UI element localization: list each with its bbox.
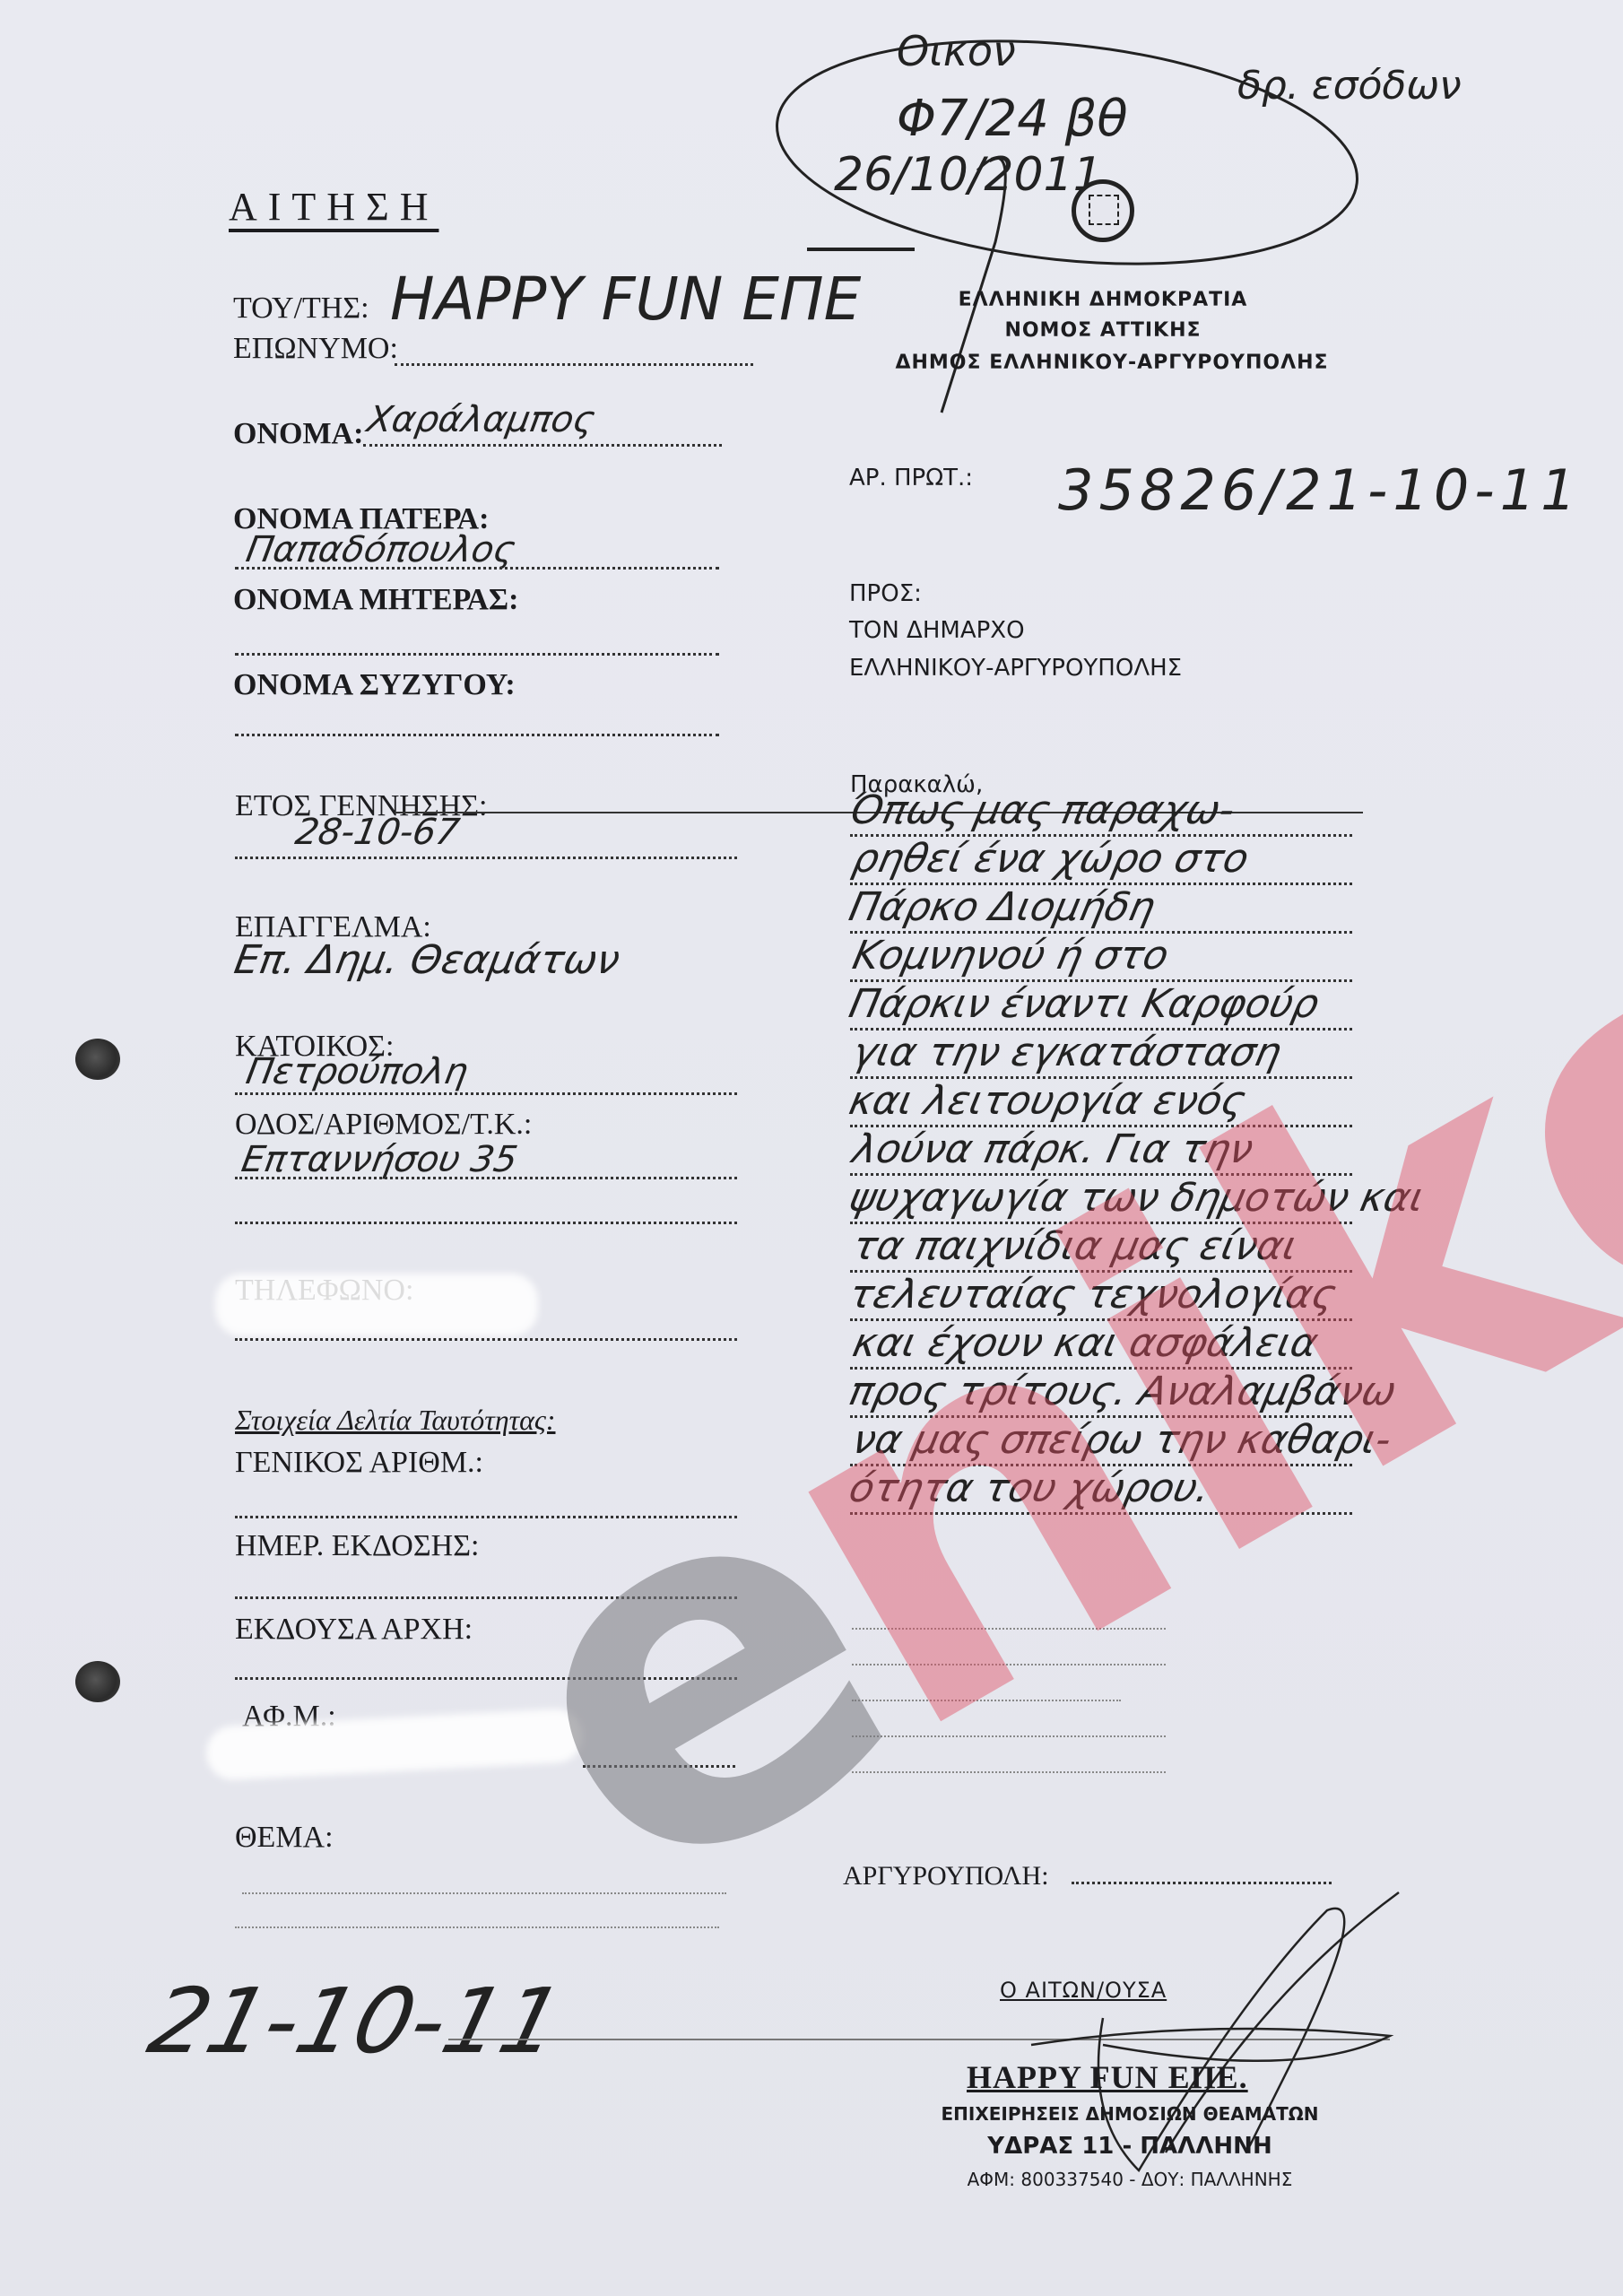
request-line: τελευταίας τεχνολογίας: [846, 1272, 1341, 1318]
field-of-label: ΤΟΥ/ΤΗΣ:: [233, 291, 369, 326]
request-line: ότητα του χώρου.: [846, 1465, 1215, 1511]
phone-redaction: [215, 1274, 538, 1336]
punch-hole-icon: [75, 1039, 120, 1080]
surname-value: HAPPY FUN ΕΠΕ: [390, 265, 861, 334]
request-line: Κομνηνού ή στο: [849, 933, 1173, 978]
request-dotted-line: [852, 1771, 1166, 1773]
handwritten-date: 21-10-11: [139, 1969, 572, 2074]
request-line: Πάρκο Διομήδη: [846, 884, 1159, 930]
request-line: ψυχαγωγία των δημοτών και: [846, 1175, 1429, 1221]
request-line: προς τρίτους. Αναλαμβάνω: [846, 1369, 1401, 1414]
subject-dotted-line: [242, 1892, 726, 1894]
field-name-label: ΟΝΟΜΑ:: [233, 417, 363, 451]
authority-dotted-line: [235, 1677, 737, 1680]
profession-value: Επ. Δημ. Θεαμάτων: [231, 937, 624, 983]
field-general-no-label: ΓΕΝΙΚΟΣ ΑΡΙΘΜ.:: [235, 1446, 483, 1480]
registry-note-line3: 26/10/2011: [834, 148, 1103, 202]
header-municipality: ΔΗΜΟΣ ΕΛΛΗΝΙΚΟΥ-ΑΡΓΥΡΟΥΠΟΛΗΣ: [861, 352, 1363, 374]
surname-dotted-line: [395, 363, 753, 366]
name-value: Χαράλαμπος: [364, 399, 598, 440]
recipient-line2: ΕΛΛΗΝΙΚΟΥ-ΑΡΓΥΡΟΥΠΟΛΗΣ: [849, 655, 1182, 682]
father-dotted-line: [235, 567, 719, 570]
field-spouse-label: ΟΝΟΜΑ ΣΥΖΥΓΟΥ:: [233, 668, 516, 702]
registry-note-line1: Οικον: [897, 27, 1016, 75]
request-line: τα παιχνίδια μας είναι: [849, 1223, 1302, 1269]
registry-note-line2: Φ7/24 βθ: [897, 90, 1128, 148]
request-dotted-line: [852, 1735, 1166, 1737]
stamp-company-name: HAPPY FUN ΕΠΕ.: [967, 2058, 1248, 2096]
name-dotted-line: [363, 444, 722, 447]
registry-side-note: δρ. εσόδων: [1237, 63, 1462, 109]
father-value: Παπαδόπουλος: [243, 529, 518, 570]
mother-dotted-line: [235, 653, 719, 656]
subject-dotted-line-2: [235, 1926, 719, 1928]
request-line: Όπως μας παραχω-: [846, 787, 1239, 833]
recipient-line1: ΤΟΝ ΔΗΜΑΡΧΟ: [849, 617, 1025, 644]
greek-seal-icon: [1072, 179, 1134, 242]
header-republic: ΕΛΛΗΝΙΚΗ ΔΗΜΟΚΡΑΤΙΑ: [897, 289, 1309, 311]
request-dotted-line: [850, 1512, 1352, 1515]
field-mother-label: ΟΝΟΜΑ ΜΗΤΕΡΑΣ:: [233, 583, 518, 617]
field-address-label: ΟΔΟΣ/ΑΡΙΘΜΟΣ/Τ.Κ.:: [235, 1108, 532, 1142]
spouse-dotted-line: [235, 734, 719, 736]
request-dotted-line: [852, 1664, 1166, 1665]
residence-dotted-line: [235, 1092, 737, 1095]
request-line: λούνα πάρκ. Για την: [849, 1126, 1258, 1172]
request-dotted-line: [852, 1700, 1121, 1701]
id-card-section-label: Στοιχεία Δελτία Ταυτότητας:: [235, 1404, 556, 1437]
scanned-document-page: ΑΙΤΗΣΗ Οικον Φ7/24 βθ 26/10/2011 δρ. εσό…: [0, 0, 1623, 2296]
birth-value: 28-10-67: [292, 812, 463, 853]
residence-value: Πετρούπολη: [243, 1051, 471, 1092]
stamp-line3: ΑΦΜ: 800337540 - ΔΟΥ: ΠΑΛΛΗΝΗΣ: [933, 2169, 1327, 2190]
field-surname-label: ΕΠΩΝΥΜΟ:: [233, 332, 398, 366]
protocol-number: 35826/21-10-11: [1058, 457, 1582, 523]
header-prefecture: ΝΟΜΟΣ ΑΤΤΙΚΗΣ: [897, 319, 1309, 342]
afm-dotted-line: [583, 1765, 735, 1768]
address-dotted-line: [235, 1177, 737, 1179]
request-dotted-line: [852, 1628, 1166, 1630]
request-line: να μας σπείρω την καθαρι-: [849, 1417, 1396, 1463]
address-value: Επταννήσου 35: [239, 1139, 521, 1180]
punch-hole-icon: [75, 1661, 120, 1702]
request-line: για την εγκατάσταση: [849, 1030, 1286, 1075]
request-line: ρηθεί ένα χώρο στο: [849, 836, 1254, 882]
protocol-label: ΑΡ. ΠΡΩΤ.:: [849, 465, 973, 491]
recipient-label: ΠΡΟΣ:: [849, 580, 922, 607]
field-authority-label: ΕΚΔΟΥΣΑ ΑΡΧΗ:: [235, 1613, 473, 1647]
request-line: και έχουν και ασφάλεια: [849, 1320, 1323, 1366]
birth-dotted-line: [235, 857, 737, 859]
general-no-dotted-line: [235, 1516, 737, 1518]
request-line: και λειτουργία ενός: [846, 1078, 1250, 1124]
field-subject-label: ΘΕΜΑ:: [235, 1821, 334, 1855]
phone-dotted-line: [235, 1338, 737, 1341]
request-line: Πάρκιν έναντι Καρφούρ: [846, 981, 1324, 1027]
place-label: ΑΡΓΥΡΟΥΠΟΛΗ:: [843, 1861, 1049, 1892]
address-dotted-line-2: [235, 1222, 737, 1224]
stamp-line2: ΥΔΡΑΣ 11 - ΠΑΛΛΗΝΗ: [933, 2133, 1327, 2160]
document-title: ΑΙΤΗΣΗ: [229, 184, 438, 230]
field-issue-date-label: ΗΜΕΡ. ΕΚΔΟΣΗΣ:: [235, 1529, 479, 1563]
issue-date-dotted-line: [235, 1596, 737, 1599]
stamp-line1: ΕΠΙΧΕΙΡΗΣΕΙΣ ΔΗΜΟΣΙΩΝ ΘΕΑΜΑΤΩΝ: [933, 2103, 1327, 2125]
